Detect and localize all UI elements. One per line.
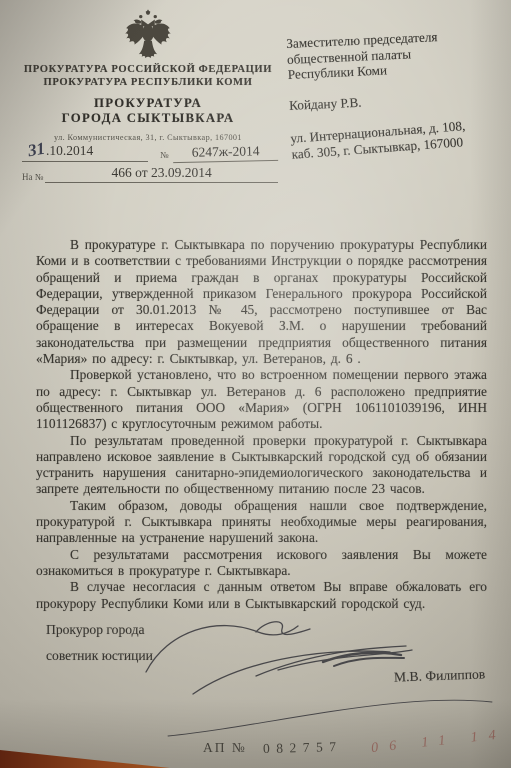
letter-body: В прокуратуре г. Сыктывкара по поручению… [36, 237, 487, 612]
coat-of-arms-eagle-icon [119, 8, 177, 60]
paragraph-4: Таким образом, доводы обращения нашли св… [36, 498, 487, 547]
handwritten-signature-icon [138, 608, 500, 740]
blank-digits: 082757 [263, 739, 343, 757]
letter-date: 31.10.2014 [22, 140, 148, 162]
number-sign: № [160, 150, 169, 160]
office-name-line2: ГОРОДА СЫКТЫВКАРА [10, 111, 286, 126]
org-name-federation: ПРОКУРАТУРА РОССИЙСКОЙ ФЕДЕРАЦИИ [10, 64, 286, 77]
outgoing-number: 6247ж-2014 [172, 143, 278, 163]
handwritten-day: 31 [26, 139, 46, 162]
letterhead: ПРОКУРАТУРА РОССИЙСКОЙ ФЕДЕРАЦИИ ПРОКУРА… [10, 8, 286, 142]
signer-position: Прокурор города советник юстиции [46, 622, 153, 664]
paragraph-1: В прокуратуре г. Сыктывкара по поручению… [36, 237, 487, 367]
paragraph-3: По результатам проведенной проверки прок… [36, 433, 487, 498]
recipient-name: Койдану Р.В. [289, 88, 501, 113]
signer-position-line1: Прокурор города [46, 622, 153, 638]
paragraph-2: Проверкой установлено, что во встроенном… [36, 367, 487, 432]
office-name-line1: ПРОКУРАТУРА [10, 96, 286, 111]
paragraph-5: С результатами рассмотрения искового зая… [36, 547, 487, 580]
incoming-number: 466 от 23.09.2014 [45, 165, 278, 183]
signer-position-line2: советник юстиции [46, 648, 153, 664]
scanned-letter-photo: ПРОКУРАТУРА РОССИЙСКОЙ ФЕДЕРАЦИИ ПРОКУРА… [0, 0, 511, 768]
table-edge [0, 746, 170, 768]
incoming-label: На № [22, 172, 43, 182]
blank-form-number: АП №082757 [203, 740, 342, 756]
blank-series: АП № [203, 740, 247, 755]
typed-date: .10.2014 [46, 143, 93, 158]
recipient-block: Заместителю председателя общественной па… [286, 26, 503, 159]
reference-block: 31.10.2014 № 6247ж-2014 На № 466 от 23.0… [22, 140, 278, 183]
paragraph-6: В случае несогласия с данным ответом Вы … [36, 579, 487, 612]
org-name-republic: ПРОКУРАТУРА РЕСПУБЛИКИ КОМИ [10, 77, 286, 90]
